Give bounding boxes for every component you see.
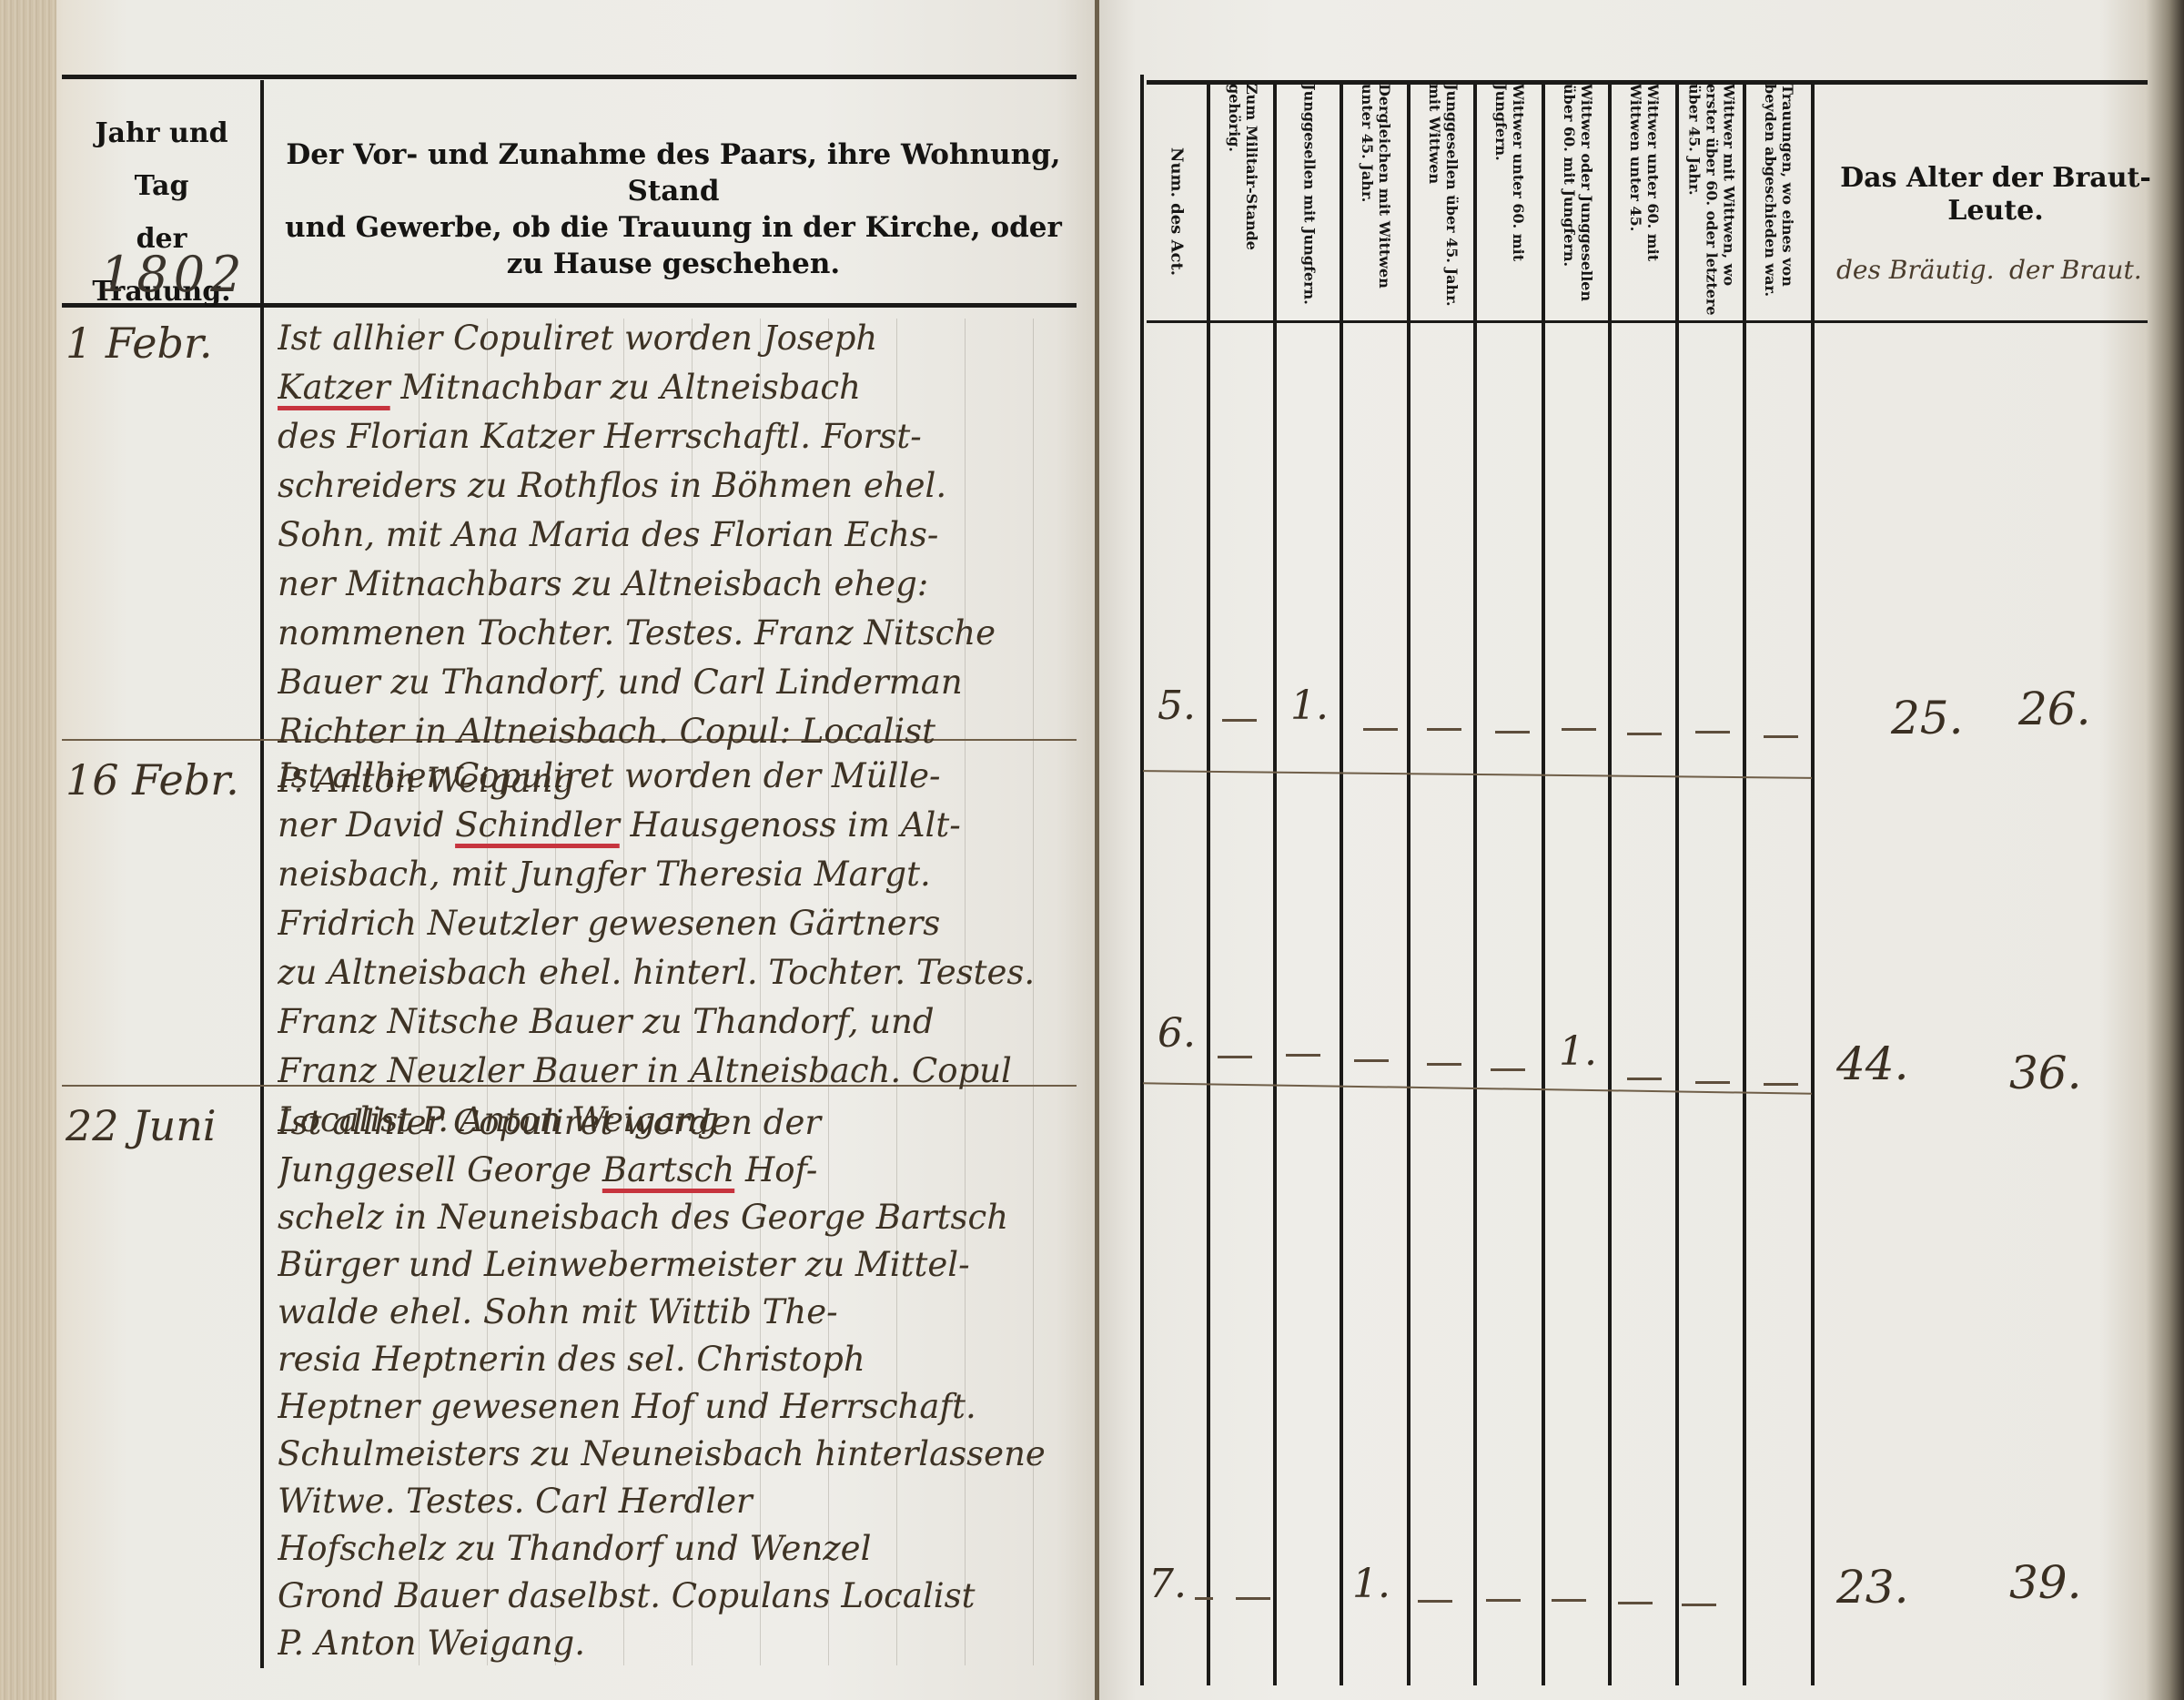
- column-rule: [1407, 84, 1410, 1685]
- column-header-military: Zum Militair-Stande gehörig.: [1211, 84, 1275, 319]
- entry-line: Bürger und Leinwebermeister zu Mittel-: [278, 1241, 1078, 1289]
- entry-line: des Florian Katzer Herrschaftl. Forst-: [278, 412, 1078, 461]
- entry-line: schelz in Neuneisbach des George Bartsch: [278, 1194, 1078, 1241]
- entry-line: Hofschelz zu Thandorf und Wenzel: [278, 1525, 1078, 1573]
- entry-date: 22 Juni: [66, 1101, 217, 1150]
- groom-age: 25.: [1891, 692, 1964, 744]
- highlighted-surname: Katzer: [278, 368, 390, 407]
- entry-line: Richter in Altneisbach. Copul: Localist: [278, 707, 1078, 756]
- column-header-widowers-widows-under45: Wittwer unter 60. mit Wittwen unter 45.: [1613, 84, 1676, 319]
- column-rule: [1473, 84, 1477, 1685]
- groom-age: 44.: [1836, 1037, 1909, 1090]
- entry-date: 16 Febr.: [66, 755, 239, 804]
- date-column-divider: [260, 80, 264, 1668]
- act-number: 6.: [1145, 1010, 1208, 1057]
- column-rule: [1140, 75, 1144, 1685]
- header-top-rule: [62, 75, 1077, 79]
- entry-line: schreiders zu Rothflos in Böhmen ehel.: [278, 461, 1078, 511]
- entry-line: Bauer zu Thandorf, und Carl Linderman: [278, 658, 1078, 707]
- tally-cell: 1.: [1278, 683, 1341, 729]
- column-header-widowers-widows-over: Wittwer mit Wittwen, wo erster über 60. …: [1680, 84, 1744, 319]
- table-header-rule: [1147, 320, 2148, 323]
- marriage-entry: Ist allhier Copuliret worden Joseph Katz…: [278, 314, 1078, 805]
- age-column-header: Das Alter der Braut- Leute.: [1836, 162, 2155, 228]
- entry-line: ner Mitnachbars zu Altneisbach eheg:: [278, 560, 1078, 609]
- column-rule: [1542, 84, 1545, 1685]
- entry-line: Junggesell George Bartsch Hof-: [278, 1147, 1078, 1194]
- column-header-bachelors-widows-under45: Dergleichen mit Wittwen unter 45. Jahr.: [1344, 84, 1408, 319]
- entry-date: 1 Febr.: [66, 319, 213, 368]
- groom-age: 23.: [1836, 1561, 1909, 1614]
- tally-cell: 1.: [1340, 1561, 1403, 1607]
- column-header-bachelors-maidens: Junggesellen mit Jungfern.: [1278, 84, 1341, 319]
- entry-line: Schulmeisters zu Neuneisbach hinterlasse…: [278, 1431, 1078, 1478]
- entry-line: ner David Schindler Hausgenoss im Alt-: [278, 801, 1078, 850]
- column-rule: [1675, 84, 1679, 1685]
- bride-age: 39.: [2009, 1556, 2082, 1609]
- register-year: 1802: [100, 246, 247, 303]
- entry-line: Sohn, mit Ana Maria des Florian Echs-: [278, 511, 1078, 560]
- column-header-over60-maidens: Wittwer oder Junggesellen über 60. mit J…: [1546, 84, 1610, 319]
- entry-line: Fridrich Neutzler gewesenen Gärtners: [278, 899, 1078, 948]
- entry-line: Ist allhier Copuliret worden der: [278, 1099, 1078, 1147]
- column-header-widowers-under60-maidens: Wittwer unter 60. mit Jungfern.: [1478, 84, 1542, 319]
- entry-line: P. Anton Weigang.: [278, 1620, 1078, 1667]
- entry-line: neisbach, mit Jungfer Theresia Margt.: [278, 850, 1078, 899]
- header-line: Das Alter der Braut-: [1836, 162, 2155, 195]
- entry-line: Franz Nitsche Bauer zu Thandorf, und: [278, 997, 1078, 1047]
- header-line: Leute.: [1836, 195, 2155, 228]
- column-rule: [1207, 84, 1210, 1685]
- page-edge-stack: [0, 0, 56, 1700]
- column-rule: [1743, 84, 1746, 1685]
- entry-line: Katzer Mitnachbar zu Altneisbach: [278, 363, 1078, 412]
- entry-line: Heptner gewesenen Hof und Herrschaft.: [278, 1383, 1078, 1431]
- column-header-act-number: Num. des Act.: [1145, 84, 1208, 319]
- names-column-header: Der Vor- und Zunahme des Paars, ihre Woh…: [273, 137, 1074, 282]
- row-separator: [1143, 770, 1812, 779]
- marriage-entry: Ist allhier Copuliret worden der Mülle- …: [278, 752, 1078, 1145]
- entry-line: Grond Bauer daselbst. Copulans Localist: [278, 1573, 1078, 1620]
- column-header-bachelors-over45-widows: Junggesellen über 45. Jahr. mit Wittwen: [1411, 84, 1475, 319]
- header-line: zu Hause geschehen.: [273, 246, 1074, 282]
- bride-age: 36.: [2009, 1047, 2082, 1099]
- right-page: Num. des Act. Zum Militair-Stande gehöri…: [1099, 0, 2184, 1700]
- header-line: Jahr und Tag: [64, 107, 259, 213]
- act-number: 5.: [1145, 683, 1208, 729]
- entry-line: resia Heptnerin des sel. Christoph: [278, 1336, 1078, 1383]
- column-rule: [1811, 84, 1815, 1685]
- header-line: und Gewerbe, ob die Trauung in der Kirch…: [273, 209, 1074, 246]
- entry-line: zu Altneisbach ehel. hinterl. Tochter. T…: [278, 948, 1078, 997]
- tally-cell: 1.: [1546, 1028, 1610, 1075]
- bride-age: 26.: [2018, 683, 2091, 735]
- entry-line: Franz Neuzler Bauer in Altneisbach. Copu…: [278, 1047, 1078, 1096]
- bride-age-subheader: der Braut.: [2009, 255, 2142, 285]
- entry-line: Witwe. Testes. Carl Herdler: [278, 1478, 1078, 1525]
- column-rule: [1340, 84, 1343, 1685]
- entry-line: Ist allhier Copuliret worden Joseph: [278, 314, 1078, 363]
- left-page: Jahr und Tag der Trauung. 1802 Der Vor- …: [0, 0, 1097, 1700]
- highlighted-surname: Bartsch: [602, 1150, 734, 1189]
- marriage-entry: Ist allhier Copuliret worden der Jungges…: [278, 1099, 1078, 1667]
- groom-age-subheader: des Bräutig.: [1836, 255, 1994, 285]
- act-number: 7.: [1136, 1561, 1199, 1607]
- entry-line: nommenen Tochter. Testes. Franz Nitsche: [278, 609, 1078, 658]
- entry-line: walde ehel. Sohn mit Wittib The-: [278, 1289, 1078, 1336]
- row-separator: [1143, 1082, 1812, 1095]
- entry-line: Ist allhier Copuliret worden der Mülle-: [278, 752, 1078, 801]
- column-rule: [1608, 84, 1612, 1685]
- header-line: Der Vor- und Zunahme des Paars, ihre Woh…: [273, 137, 1074, 209]
- column-rule: [1273, 84, 1277, 1685]
- highlighted-surname: Schindler: [455, 805, 620, 845]
- column-header-divorced: Trauungen, wo eines von beyden abgeschie…: [1747, 84, 1811, 319]
